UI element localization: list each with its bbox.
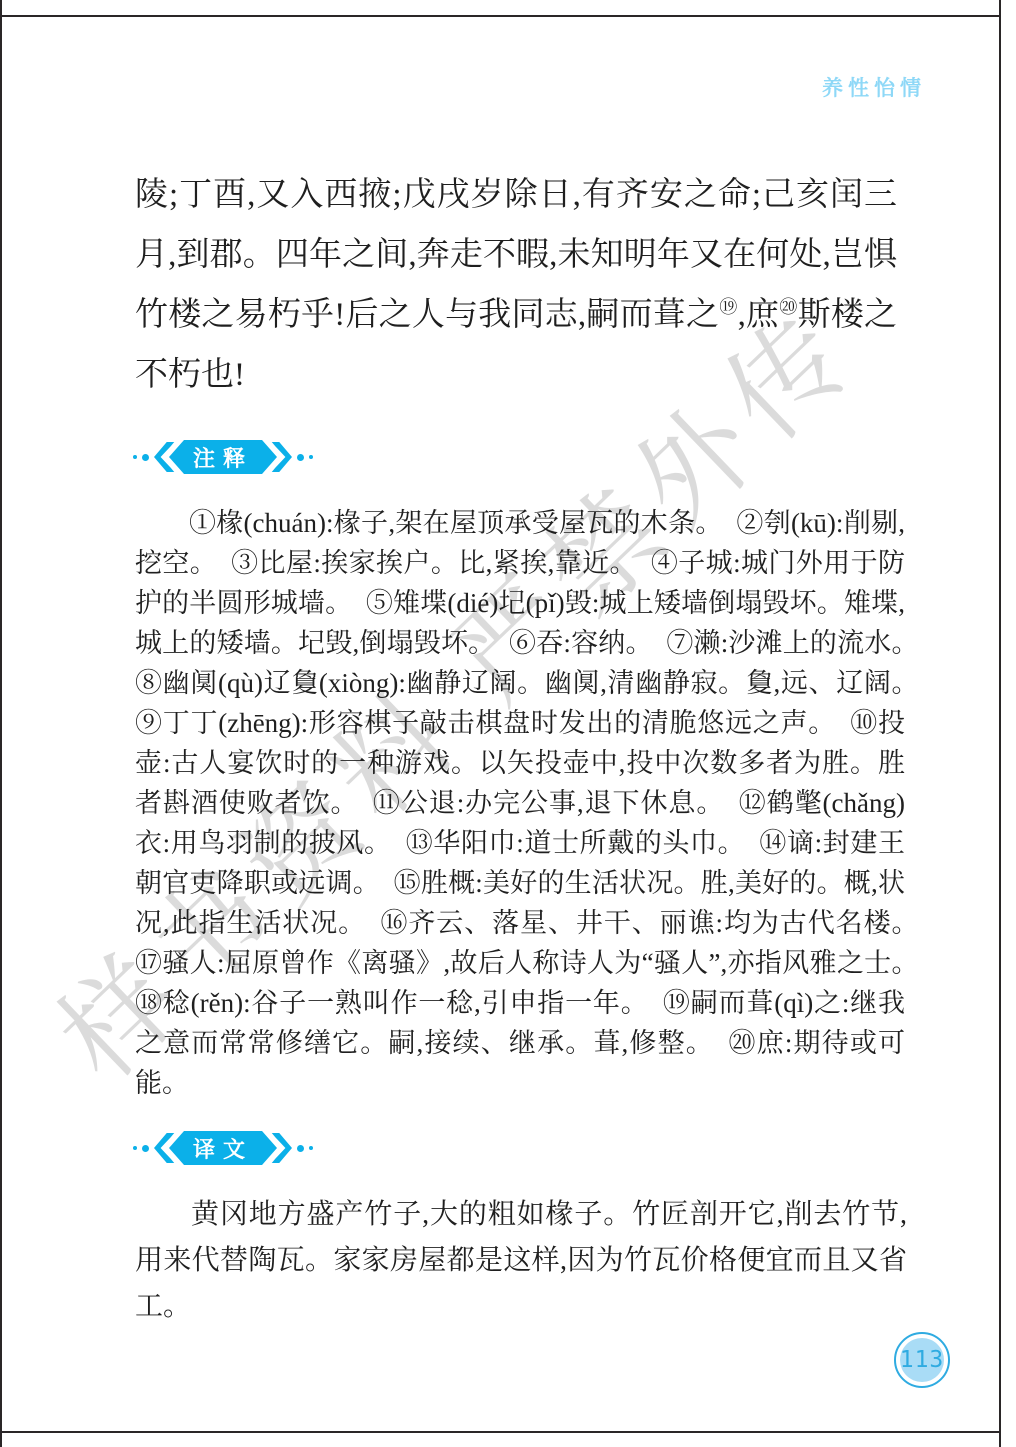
page-number-badge: 113 xyxy=(894,1332,950,1388)
translation-body-text: 黄冈地方盛产竹子,大的粗如椽子。竹匠剖开它,削去竹节,用来代替陶瓦。家家房屋都是… xyxy=(135,1192,907,1330)
decorative-dot xyxy=(142,454,149,461)
classical-text-paragraph: 陵;丁酉,又入西掖;戊戌岁除日,有齐安之命;己亥闰三月,到郡。四年之间,奔走不暇… xyxy=(135,165,897,405)
page-number: 113 xyxy=(900,1338,944,1382)
decorative-dot xyxy=(297,454,304,461)
translation-badge: 译文 xyxy=(169,1131,277,1165)
translation-section-header: 译文 xyxy=(133,1131,313,1165)
page-border-top xyxy=(0,15,1001,17)
notes-body-text: ①椽(chuán):椽子,架在屋顶承受屋瓦的木条。 ②刳(kū):削剔,挖空。 … xyxy=(135,503,905,1103)
decorative-dot xyxy=(309,1146,313,1150)
page-border-left xyxy=(0,0,2,1447)
text-segment: ,庶 xyxy=(738,297,780,333)
note-reference-mark: ⑲ xyxy=(719,297,737,317)
page-border-right xyxy=(999,0,1001,1447)
decorative-dot xyxy=(297,1145,304,1152)
decorative-dot xyxy=(309,455,313,459)
decorative-dot xyxy=(133,1146,137,1150)
notes-badge: 注释 xyxy=(169,440,277,474)
decorative-dot xyxy=(133,455,137,459)
decorative-dot xyxy=(142,1145,149,1152)
note-reference-mark: ⑳ xyxy=(779,297,797,317)
notes-section-header: 注释 xyxy=(133,440,313,474)
running-head-title: 养性怡情 xyxy=(822,72,926,102)
book-page: 样书资料 严禁外传 养性怡情 陵;丁酉,又入西掖;戊戌岁除日,有齐安之命;己亥闰… xyxy=(0,0,1016,1447)
page-border-bottom xyxy=(0,1431,1001,1433)
